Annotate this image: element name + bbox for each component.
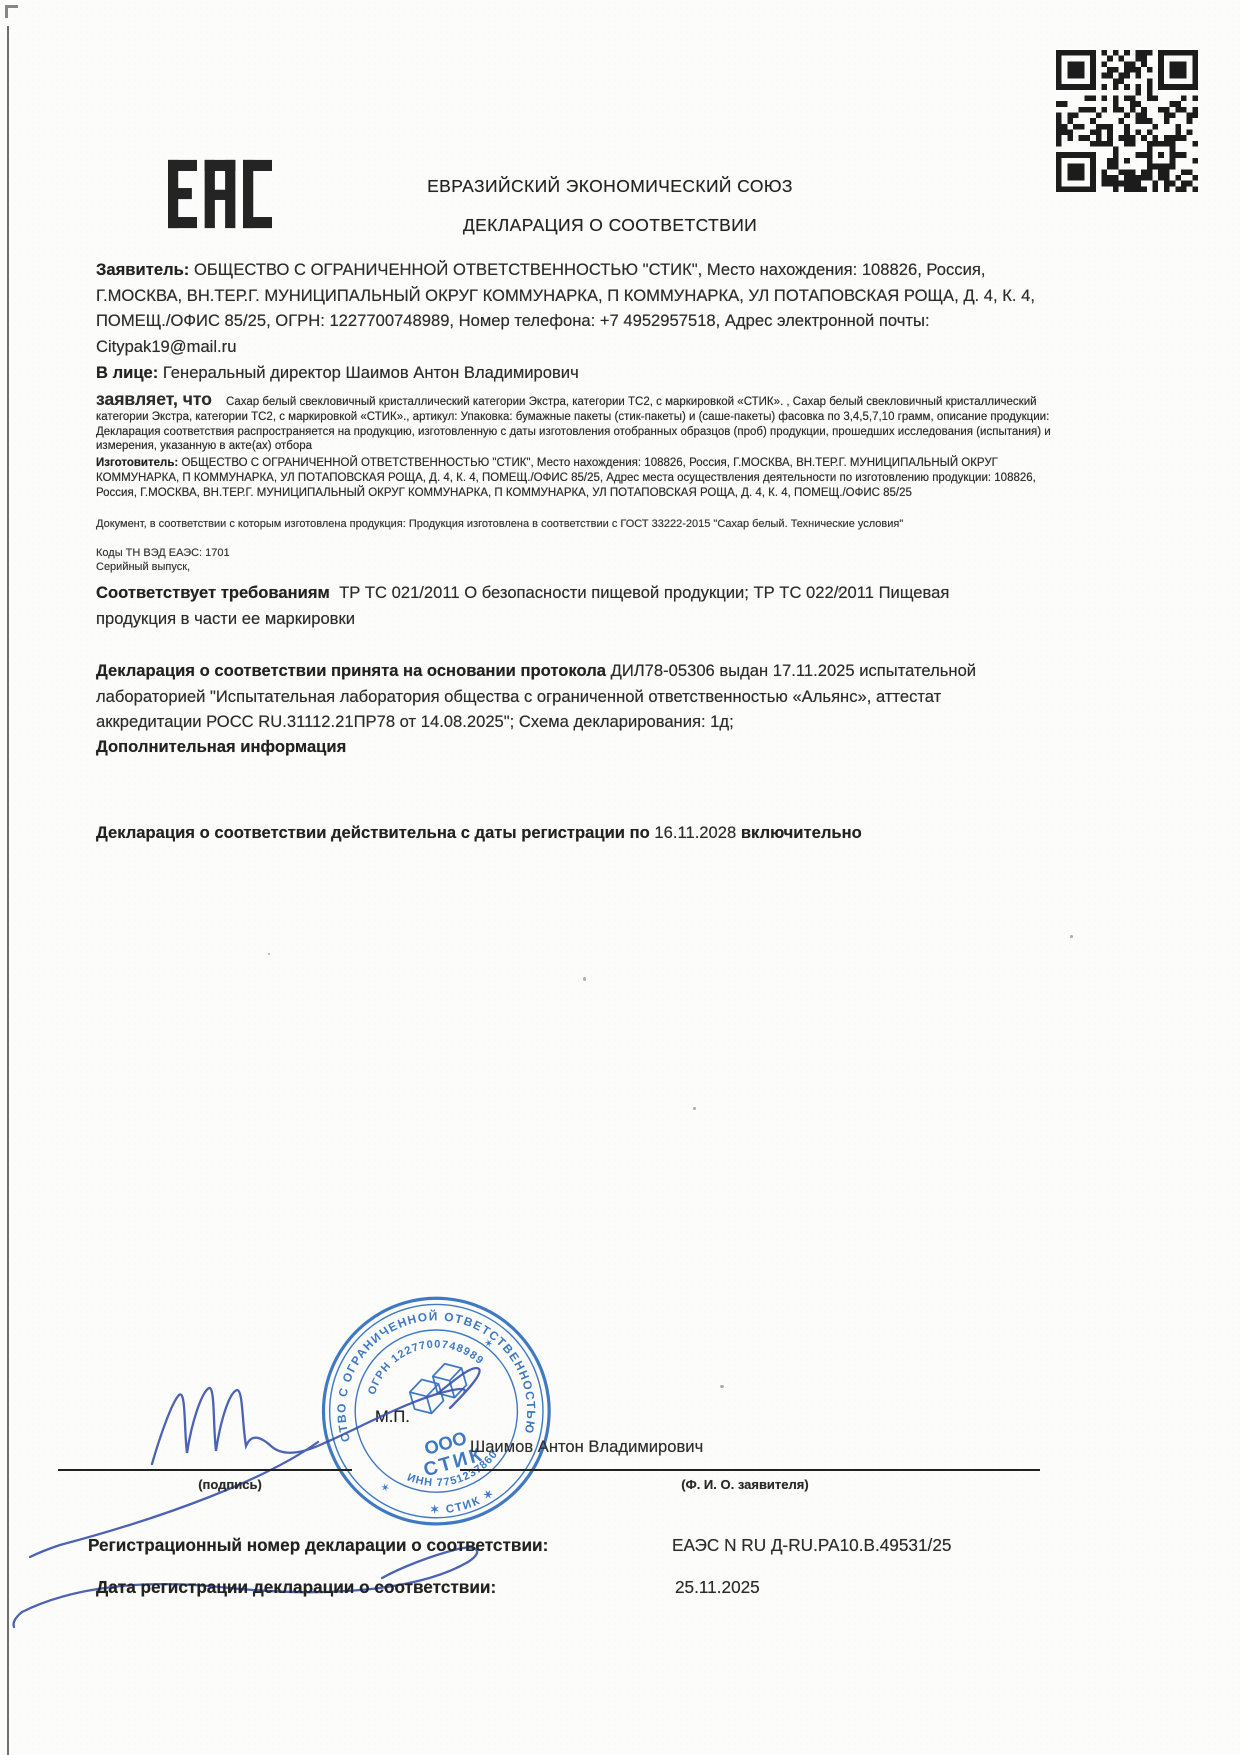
scan-speck (583, 977, 586, 981)
applicant-paragraph: Заявитель: ОБЩЕСТВО С ОГРАНИЧЕННОЙ ОТВЕТ… (96, 257, 1048, 359)
manufacturer-text: ОБЩЕСТВО С ОГРАНИЧЕННОЙ ОТВЕТСТВЕННОСТЬЮ… (96, 457, 1036, 499)
signature-line (58, 1469, 352, 1471)
basis-paragraph: Декларация о соответствии принята на осн… (96, 658, 1048, 735)
declares-label: заявляет, что (96, 389, 212, 409)
additional-info-label: Дополнительная информация (96, 737, 346, 756)
registration-date-value: 25.11.2025 (675, 1577, 760, 1598)
eac-letter-a (205, 160, 236, 228)
representative-name: Генеральный директор Шаимов Антон Владим… (163, 363, 579, 382)
manufacturer-label: Изготовитель: (96, 457, 178, 469)
scan-speck (268, 953, 270, 955)
representative-line: В лице: Генеральный директор Шаимов Анто… (96, 360, 1048, 386)
product-text: Сахар белый свекловичный кристаллический… (96, 396, 1051, 452)
validity-paragraph: Декларация о соответствии действительна … (96, 820, 896, 846)
compliance-label: Соответствует требованиям (96, 583, 330, 602)
declaration-document: ЕВРАЗИЙСКИЙ ЭКОНОМИЧЕСКИЙ СОЮЗ ДЕКЛАРАЦИ… (0, 0, 1240, 1755)
scan-corner-mark (5, 5, 18, 18)
basis-label: Декларация о соответствии принята на осн… (96, 661, 606, 680)
applicant-label: Заявитель: (96, 260, 189, 279)
union-name-heading: ЕВРАЗИЙСКИЙ ЭКОНОМИЧЕСКИЙ СОЮЗ (330, 176, 890, 197)
registration-date-label: Дата регистрации декларации о соответств… (96, 1577, 496, 1598)
product-paragraph: заявляет, чтоСахар белый свекловичный кр… (96, 392, 1058, 454)
fio-caption: (Ф. И. О. заявителя) (655, 1477, 835, 1492)
signature-caption: (подпись) (150, 1477, 310, 1492)
stamp-star-left: ✶ (379, 1481, 392, 1495)
qr-code (1056, 50, 1198, 192)
compliance-paragraph: Соответствует требованиям ТР ТС 021/2011… (96, 580, 1026, 631)
registration-number-label: Регистрационный номер декларации о соотв… (88, 1535, 548, 1556)
eac-letter-e (168, 160, 197, 228)
additional-info-heading: Дополнительная информация (96, 734, 1048, 760)
sugar-cubes-icon (405, 1360, 471, 1418)
representative-label: В лице: (96, 363, 158, 382)
document-title-heading: ДЕКЛАРАЦИЯ О СООТВЕТСТВИИ (330, 215, 890, 236)
signature-swoosh-end (13, 1612, 22, 1627)
eac-letter-c (243, 160, 272, 228)
company-stamp: ОБЩЕСТВО С ОГРАНИЧЕННОЙ ОТВЕТСТВЕННОСТЬЮ… (289, 1264, 585, 1563)
registration-number-value: ЕАЭС N RU Д-RU.РА10.В.49531/25 (672, 1535, 951, 1556)
applicant-fio: Шаимов Антон Владимирович (470, 1437, 703, 1457)
validity-label: Декларация о соответствии действительна … (96, 823, 650, 842)
applicant-text: ОБЩЕСТВО С ОГРАНИЧЕННОЙ ОТВЕТСТВЕННОСТЬЮ… (96, 260, 1035, 356)
scan-edge-line (7, 26, 9, 1755)
production-document-paragraph: Документ, в соответствии с которым изгот… (96, 518, 1054, 532)
scan-speck (720, 1385, 724, 1388)
eac-logo-icon (168, 146, 272, 242)
validity-suffix: включительно (741, 823, 862, 842)
tnved-line: Коды ТН ВЭД ЕАЭС: 1701 (96, 547, 1048, 561)
validity-date: 16.11.2028 (654, 823, 736, 842)
scan-speck (693, 1107, 696, 1110)
serial-line: Серийный выпуск, (96, 561, 1048, 575)
scan-speck (1070, 935, 1073, 938)
fio-line (460, 1469, 1040, 1471)
manufacturer-paragraph: Изготовитель: ОБЩЕСТВО С ОГРАНИЧЕННОЙ ОТ… (96, 456, 1058, 500)
